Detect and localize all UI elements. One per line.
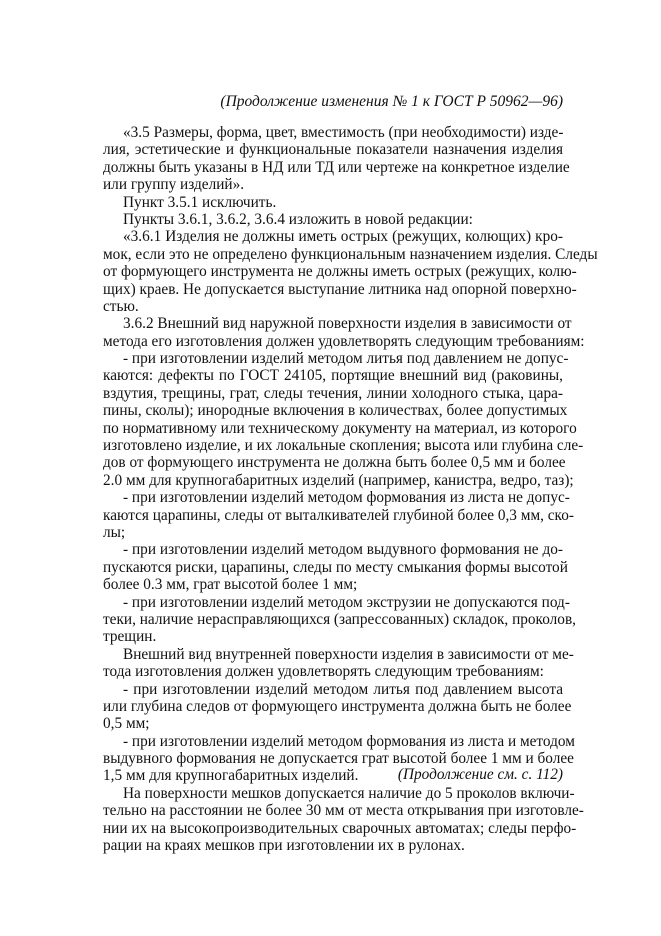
paragraph-p-casting-inner: - при изготовлении изделий методом литья… (103, 681, 563, 733)
page-header-continuation: (Продолжение изменения № 1 к ГОСТ Р 5096… (220, 93, 563, 111)
text-line: должны быть указаны в НД или ТД или черт… (103, 159, 563, 176)
paragraph-p-extrusion-outer: - при изготовлении изделий методом экстр… (103, 594, 563, 646)
paragraph-p-inner-surface: Внешний вид внутренней поверхности издел… (103, 646, 563, 681)
text-line: трещин. (103, 628, 563, 645)
paragraph-p-sheet-forming-outer: - при изготовлении изделий методом формо… (103, 489, 563, 541)
paragraph-p-casting-outer: - при изготовлении изделий методом литья… (103, 350, 563, 489)
text-line: Пункты 3.6.1, 3.6.2, 3.6.4 изложить в но… (103, 211, 563, 228)
text-line: - при изготовлении изделий методом выдув… (103, 541, 563, 558)
text-line: - при изготовлении изделий методом формо… (103, 489, 563, 506)
text-line: пускаются риски, царапины, следы по мест… (103, 559, 563, 576)
paragraph-p-blow-molding-outer: - при изготовлении изделий методом выдув… (103, 541, 563, 593)
text-line: «3.5 Размеры, форма, цвет, вместимость (… (103, 124, 563, 141)
text-line: или группу изделий». (103, 176, 563, 193)
text-line: вздутия, трещины, грат, следы течения, л… (103, 385, 563, 402)
text-line: метода его изготовления должен удовлетво… (103, 333, 563, 350)
text-line: 3.6.2 Внешний вид наружной поверхности и… (103, 315, 563, 332)
text-line: - при изготовлении изделий методом экстр… (103, 594, 563, 611)
text-line: тельно на расстоянии не более 30 мм от м… (103, 802, 563, 819)
paragraph-p-new-edition: Пункты 3.6.1, 3.6.2, 3.6.4 изложить в но… (103, 211, 563, 228)
text-line: каются царапины, следы от выталкивателей… (103, 507, 563, 524)
text-line: дов от формующего инструмента не должна … (103, 454, 563, 471)
text-line: - при изготовлении изделий методом литья… (103, 350, 563, 367)
text-line: «3.6.1 Изделия не должны иметь острых (р… (103, 228, 563, 245)
text-line: теки, наличие нерасправляющихся (запресс… (103, 611, 563, 628)
text-line: или глубина следов от формующего инструм… (103, 698, 563, 715)
document-page: (Продолжение изменения № 1 к ГОСТ Р 5096… (0, 0, 661, 936)
text-line: - при изготовлении изделий методом формо… (103, 733, 563, 750)
text-line: лия, эстетические и функциональные показ… (103, 141, 563, 158)
text-line: щих) краев. Не допускается выступание ли… (103, 281, 563, 298)
text-line: Внешний вид внутренней поверхности издел… (103, 646, 563, 663)
text-line: более 0.3 мм, грат высотой более 1 мм; (103, 576, 563, 593)
text-line: пины, сколы); инородные включения в коли… (103, 402, 563, 419)
text-line: тода изготовления должен удовлетворять с… (103, 663, 563, 680)
text-line: от формующего инструмента не должны имет… (103, 263, 563, 280)
text-line: рации на краях мешков при изготовлении и… (103, 837, 563, 854)
document-body: «3.5 Размеры, форма, цвет, вместимость (… (103, 124, 563, 854)
text-line: Пункт 3.5.1 исключить. (103, 194, 563, 211)
text-line: изготовлено изделие, и их локальные скоп… (103, 437, 563, 454)
text-line: 2.0 мм для крупногабаритных изделий (нап… (103, 472, 563, 489)
text-line: нии их на высокопроизводительных сварочн… (103, 820, 563, 837)
text-line: - при изготовлении изделий методом литья… (103, 681, 563, 698)
paragraph-p-bags: На поверхности мешков допускается наличи… (103, 785, 563, 855)
paragraph-p-3-5: «3.5 Размеры, форма, цвет, вместимость (… (103, 124, 563, 194)
paragraph-p-3-5-1: Пункт 3.5.1 исключить. (103, 194, 563, 211)
text-line: по нормативному или техническому докумен… (103, 420, 563, 437)
text-line: мок, если это не определено функциональн… (103, 246, 563, 263)
paragraph-p-3-6-1: «3.6.1 Изделия не должны иметь острых (р… (103, 228, 563, 315)
text-line: стью. (103, 298, 563, 315)
text-line: 0,5 мм; (103, 715, 563, 732)
text-line: каются: дефекты по ГОСТ 24105, портящие … (103, 367, 563, 384)
page-footer-continuation: (Продолжение см. с. 112) (398, 766, 563, 784)
text-line: На поверхности мешков допускается наличи… (103, 785, 563, 802)
text-line: лы; (103, 524, 563, 541)
text-line: выдувного формования не допускается грат… (103, 750, 563, 767)
paragraph-p-3-6-2: 3.6.2 Внешний вид наружной поверхности и… (103, 315, 563, 350)
